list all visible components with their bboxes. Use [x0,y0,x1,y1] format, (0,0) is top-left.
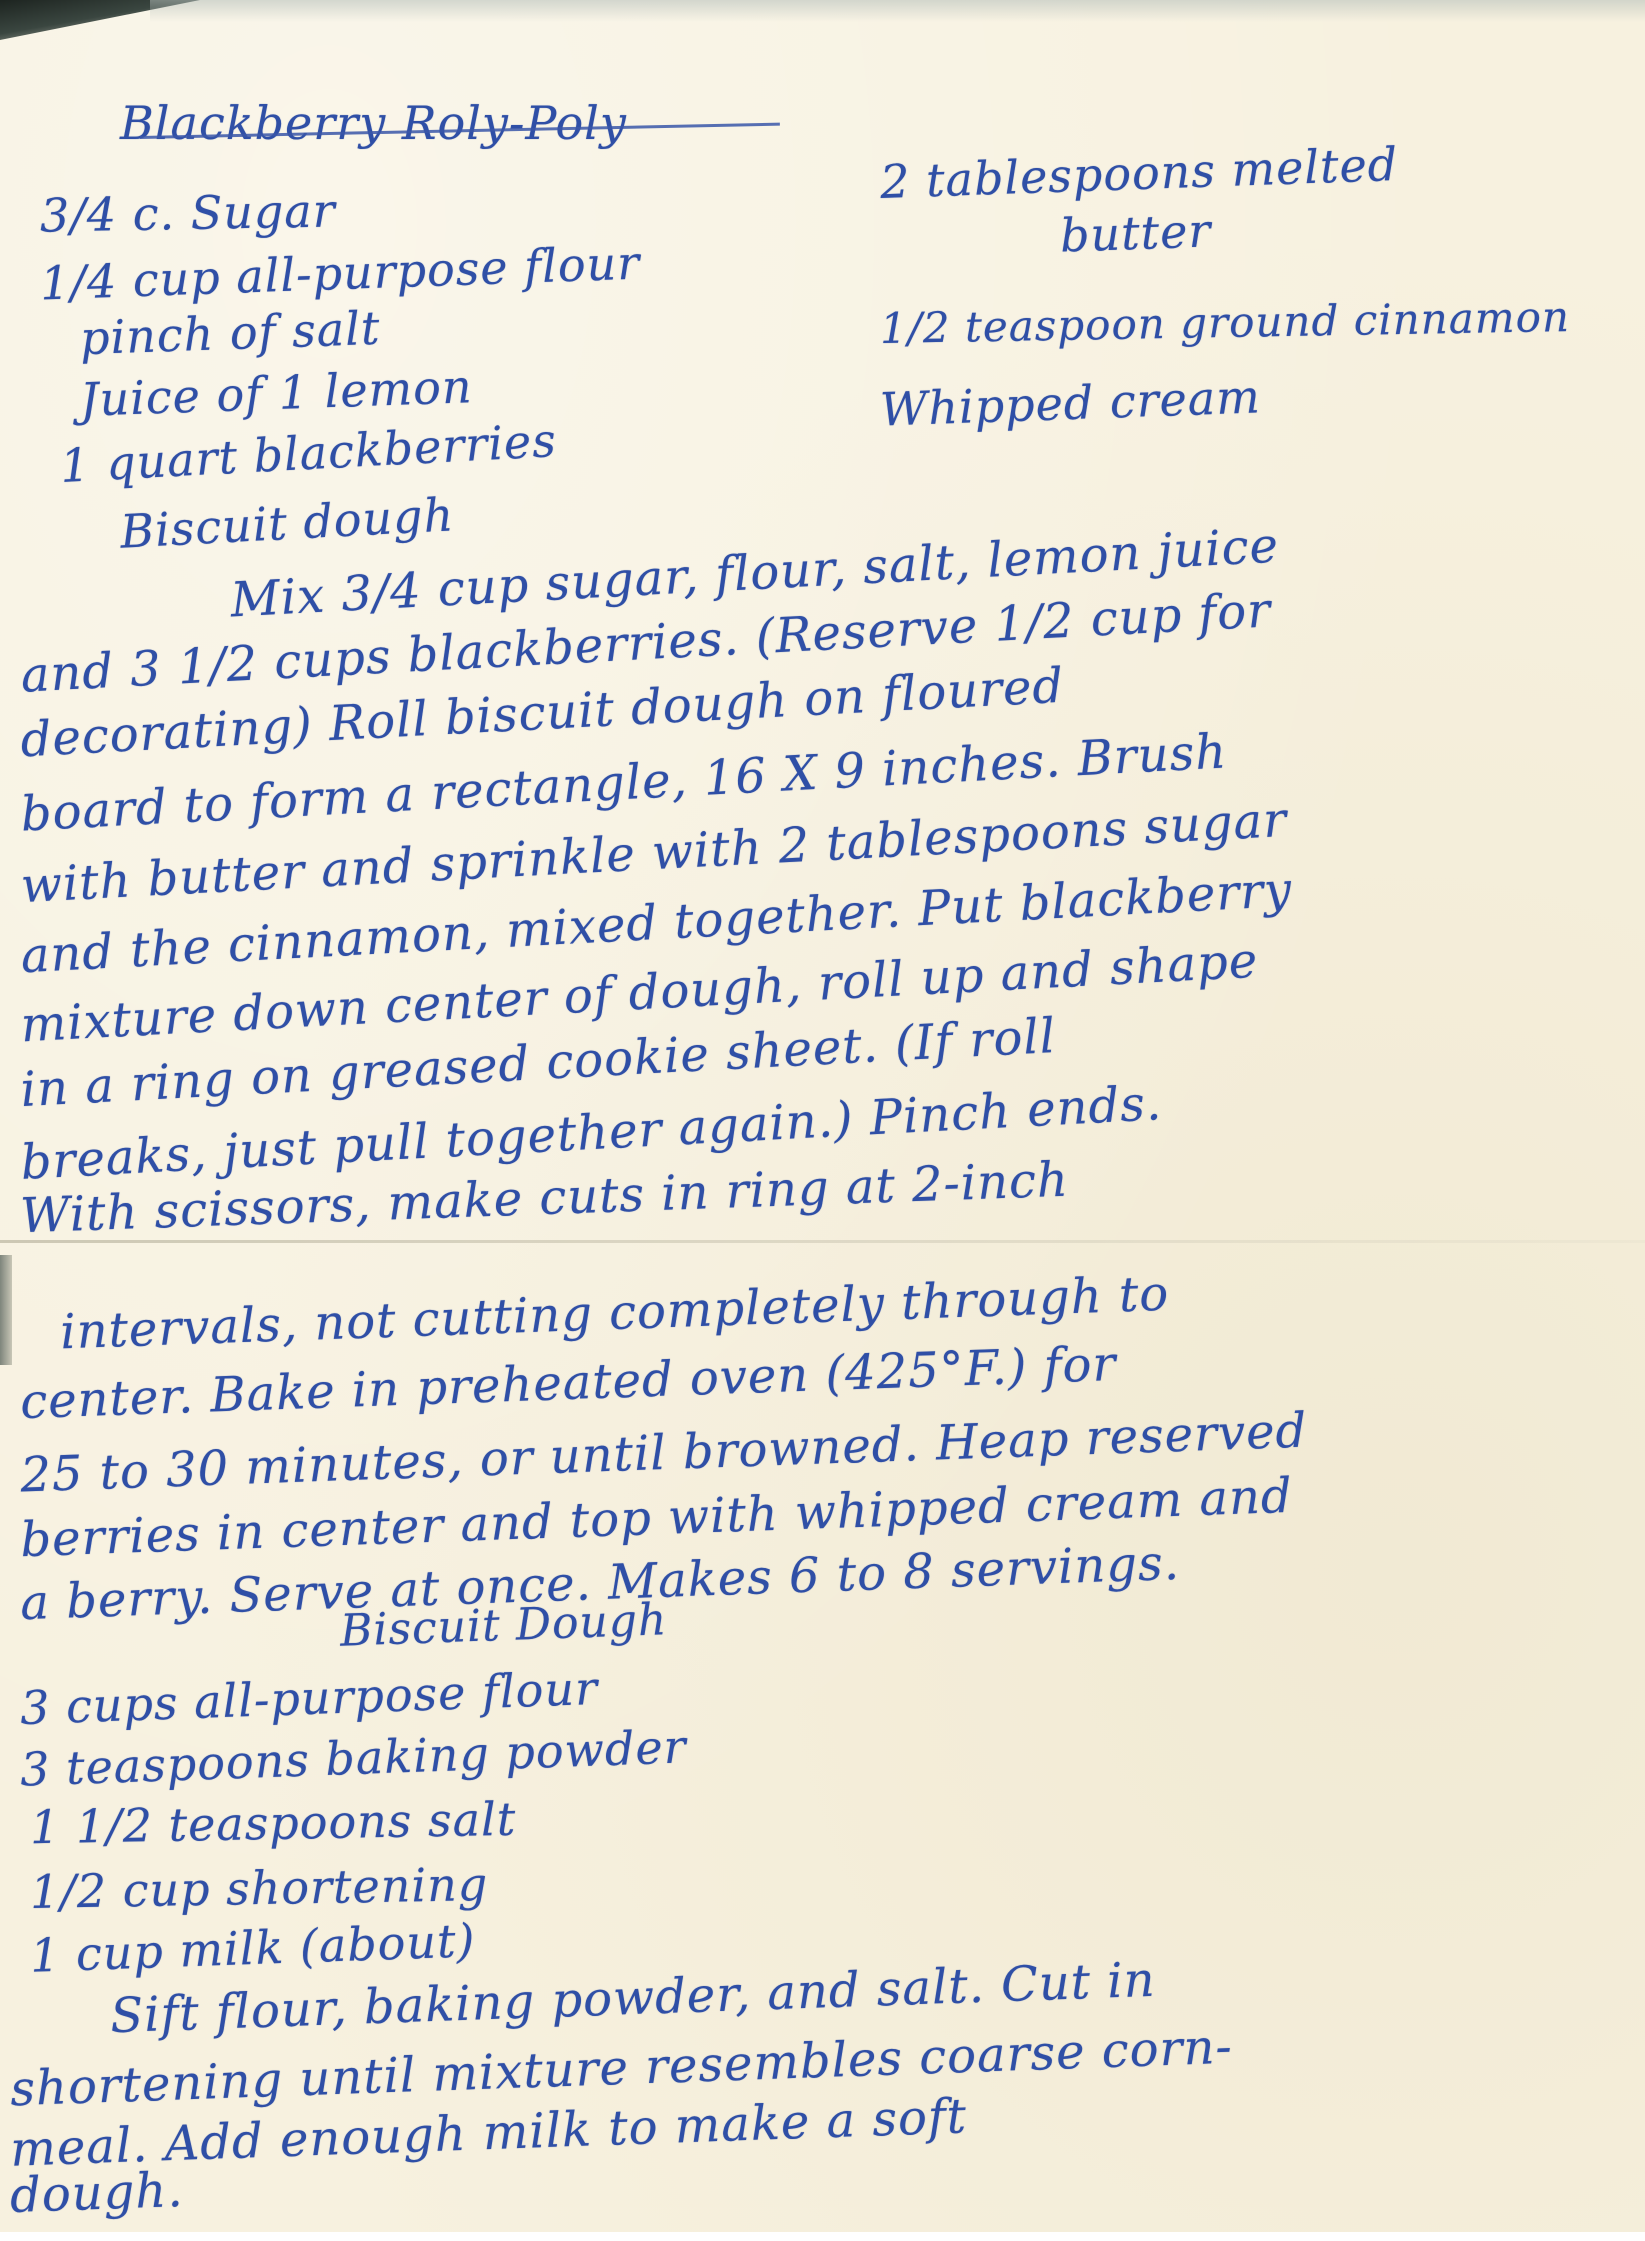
scan-bottom-margin [0,2232,1645,2241]
instruction-line: dough. [9,2157,185,2229]
paper-top-crease [150,0,1645,22]
ingredient-item: Whipped cream [879,363,1262,442]
recipe-page: Blackberry Roly-Poly 3/4 c. Sugar 1/4 cu… [0,0,1645,2241]
ingredient-item: 3/4 c. Sugar [39,177,336,248]
ingredient-item: 1/2 teaspoon ground cinnamon [879,284,1570,362]
ingredient-item: butter [1059,197,1212,268]
recipe-title: Blackberry Roly-Poly [120,96,627,150]
ingredient-item: Biscuit dough [119,481,456,564]
ingredient-item: 1 1/2 teaspoons salt [29,1786,516,1860]
paper-edge-strip [0,1255,12,1365]
biscuit-dough-heading: Biscuit Dough [339,1594,668,1656]
